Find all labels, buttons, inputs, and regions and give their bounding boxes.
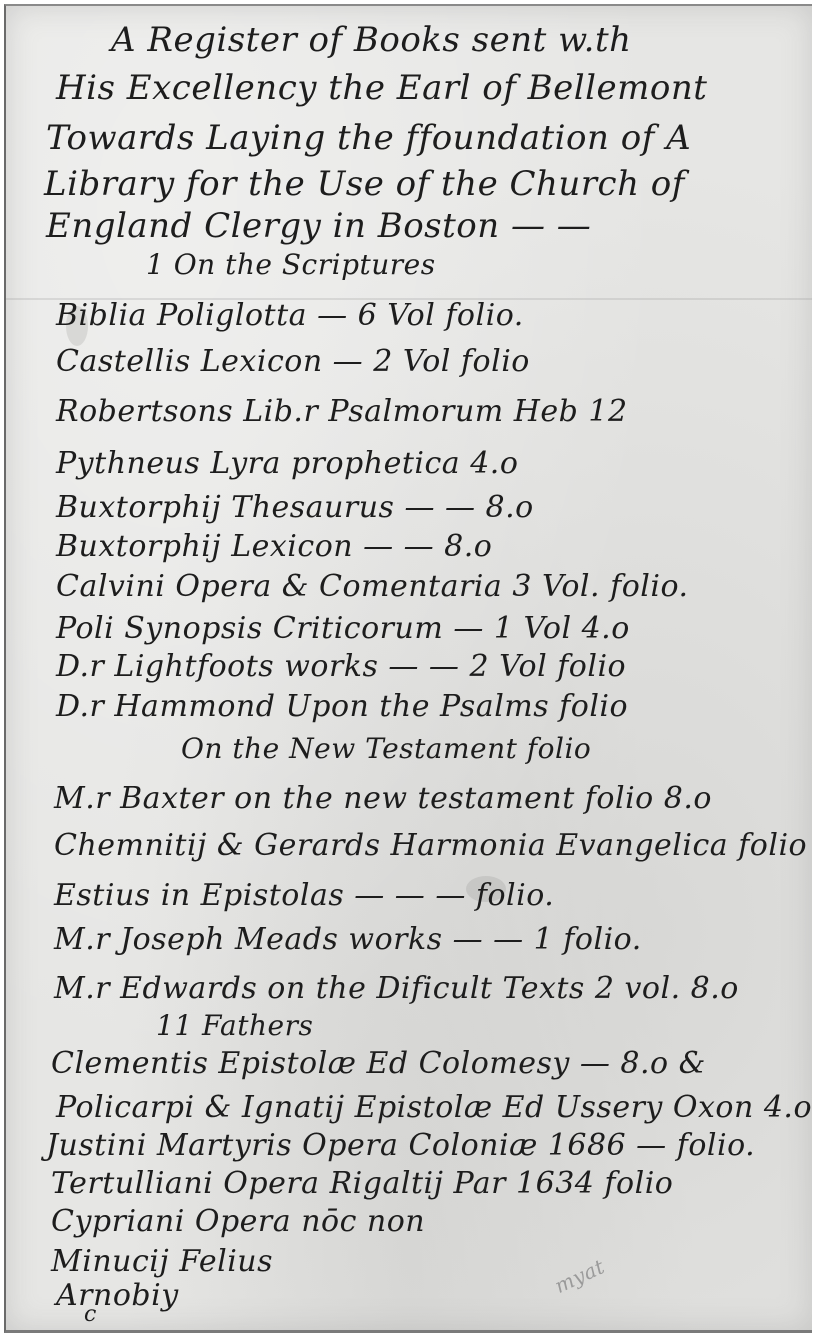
entry: Poli Synopsis Criticorum — 1 Vol 4.o — [56, 611, 630, 646]
title-line-5: England Clergy in Boston — — — [46, 206, 591, 246]
entry: Arnobiy — [56, 1278, 179, 1313]
entry: Buxtorphij Lexicon — — 8.o — [56, 529, 492, 564]
entry: Cypriani Opera nōc non — [51, 1204, 425, 1239]
title-line-2: His Excellency the Earl of Bellemont — [56, 68, 707, 108]
entry: Minucij Felius — [51, 1244, 273, 1279]
section-heading-new-testament: On the New Testament folio — [181, 732, 591, 765]
title-line-1: A Register of Books sent w.th — [111, 20, 632, 60]
entry: Biblia Poliglotta — 6 Vol folio. — [56, 298, 524, 333]
entry: M.r Edwards on the Dificult Texts 2 vol.… — [54, 971, 739, 1006]
entry: Policarpi & Ignatij Epistolæ Ed Ussery O… — [56, 1090, 812, 1125]
manuscript-page: A Register of Books sent w.th His Excell… — [4, 4, 812, 1333]
entry: Clementis Epistolæ Ed Colomesy — 8.o & — [51, 1046, 706, 1081]
entry: Robertsons Lib.r Psalmorum Heb 12 — [56, 394, 628, 429]
title-line-4: Library for the Use of the Church of — [44, 164, 685, 204]
pencil-note: myat — [551, 1254, 608, 1298]
entry: M.r Joseph Meads works — — 1 folio. — [54, 922, 642, 957]
entry: Justini Martyris Opera Coloniæ 1686 — fo… — [46, 1128, 755, 1163]
entry: Tertulliani Opera Rigaltij Par 1634 foli… — [51, 1166, 673, 1201]
section-heading-scriptures: 1 On the Scriptures — [146, 248, 436, 281]
entry: Buxtorphij Thesaurus — — 8.o — [56, 490, 534, 525]
entry: D.r Lightfoots works — — 2 Vol folio — [56, 649, 626, 684]
entry: M.r Baxter on the new testament folio 8.… — [54, 781, 712, 816]
margin-note: c — [84, 1302, 97, 1327]
entry: D.r Hammond Upon the Psalms folio — [56, 689, 628, 724]
entry: Chemnitij & Gerards Harmonia Evangelica … — [54, 828, 807, 863]
entry: Estius in Epistolas — — — folio. — [54, 878, 554, 913]
title-line-3: Towards Laying the ffoundation of A — [46, 118, 691, 158]
entry: Calvini Opera & Comentaria 3 Vol. folio. — [56, 569, 689, 604]
section-heading-fathers: 11 Fathers — [156, 1009, 313, 1042]
entry: Castellis Lexicon — 2 Vol folio — [56, 344, 530, 379]
entry: Pythneus Lyra prophetica 4.o — [56, 446, 518, 481]
